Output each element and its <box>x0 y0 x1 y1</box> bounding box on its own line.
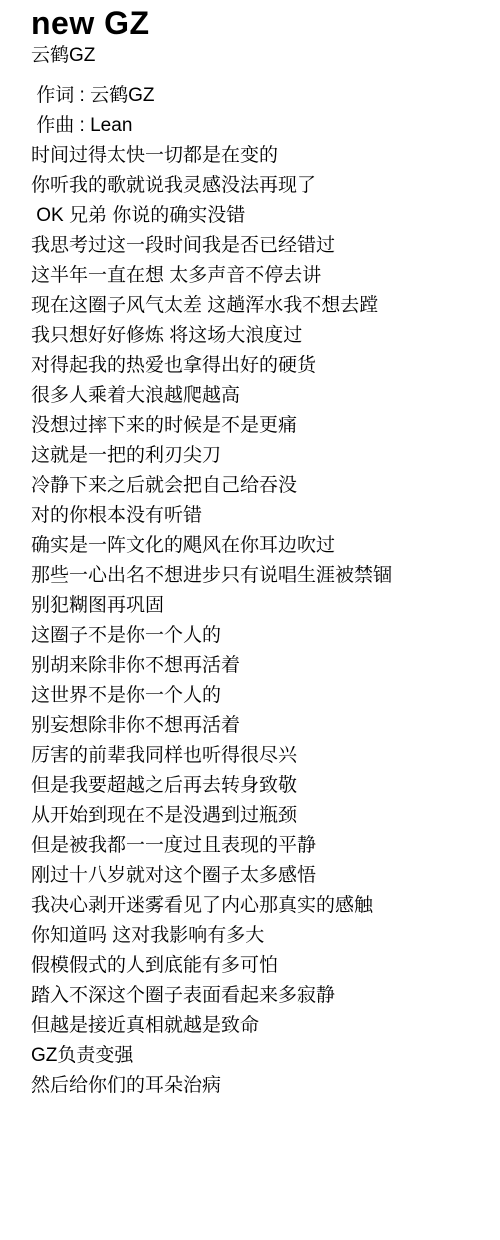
lyric-line: 刚过十八岁就对这个圈子太多感悟 <box>31 861 480 891</box>
lyric-line: 对的你根本没有听错 <box>31 501 480 531</box>
lyric-line: 这就是一把的利刃尖刀 <box>31 441 480 471</box>
lyric-line: 但是被我都一一度过且表现的平静 <box>31 831 480 861</box>
lyric-line: 别犯糊图再巩固 <box>31 591 480 621</box>
lyric-line: 现在这圈子风气太差 这趟浑水我不想去蹚 <box>31 291 480 321</box>
credit-line: 作词 : 云鹤GZ <box>31 81 480 111</box>
artist-name: 云鹤GZ <box>31 44 480 68</box>
lyrics-block: 时间过得太快一切都是在变的你听我的歌就说我灵感没法再现了 OK 兄弟 你说的确实… <box>31 141 480 1101</box>
lyric-line: 然后给你们的耳朵治病 <box>31 1071 480 1101</box>
lyric-line: 从开始到现在不是没遇到过瓶颈 <box>31 801 480 831</box>
song-title: new GZ <box>31 3 480 44</box>
lyric-line: OK 兄弟 你说的确实没错 <box>31 201 480 231</box>
lyric-line: 这圈子不是你一个人的 <box>31 621 480 651</box>
lyric-line: 但是我要超越之后再去转身致敬 <box>31 771 480 801</box>
lyric-line: 别妄想除非你不想再活着 <box>31 711 480 741</box>
lyric-line: 没想过摔下来的时候是不是更痛 <box>31 411 480 441</box>
lyric-line: 这半年一直在想 太多声音不停去讲 <box>31 261 480 291</box>
lyric-line: 对得起我的热爱也拿得出好的硬货 <box>31 351 480 381</box>
lyric-line: 踏入不深这个圈子表面看起来多寂静 <box>31 981 480 1011</box>
lyric-line: 这世界不是你一个人的 <box>31 681 480 711</box>
credits-block: 作词 : 云鹤GZ 作曲 : Lean <box>31 81 480 141</box>
lyric-line: 很多人乘着大浪越爬越高 <box>31 381 480 411</box>
lyric-line: 你听我的歌就说我灵感没法再现了 <box>31 171 480 201</box>
lyric-line: 那些一心出名不想进步只有说唱生涯被禁锢 <box>31 561 480 591</box>
lyric-line: 我只想好好修炼 将这场大浪度过 <box>31 321 480 351</box>
lyric-line: 厉害的前辈我同样也听得很尽兴 <box>31 741 480 771</box>
lyric-line: 时间过得太快一切都是在变的 <box>31 141 480 171</box>
lyric-line: 假模假式的人到底能有多可怕 <box>31 951 480 981</box>
lyric-line: GZ负责变强 <box>31 1041 480 1071</box>
lyric-line: 我思考过这一段时间我是否已经错过 <box>31 231 480 261</box>
lyric-line: 冷静下来之后就会把自己给吞没 <box>31 471 480 501</box>
lyric-line: 我决心剥开迷雾看见了内心那真实的感触 <box>31 891 480 921</box>
lyric-line: 确实是一阵文化的飓风在你耳边吹过 <box>31 531 480 561</box>
lyric-line: 别胡来除非你不想再活着 <box>31 651 480 681</box>
credit-line: 作曲 : Lean <box>31 111 480 141</box>
lyrics-page: new GZ 云鹤GZ 作词 : 云鹤GZ 作曲 : Lean 时间过得太快一切… <box>0 0 500 1101</box>
lyric-line: 但越是接近真相就越是致命 <box>31 1011 480 1041</box>
lyric-line: 你知道吗 这对我影响有多大 <box>31 921 480 951</box>
